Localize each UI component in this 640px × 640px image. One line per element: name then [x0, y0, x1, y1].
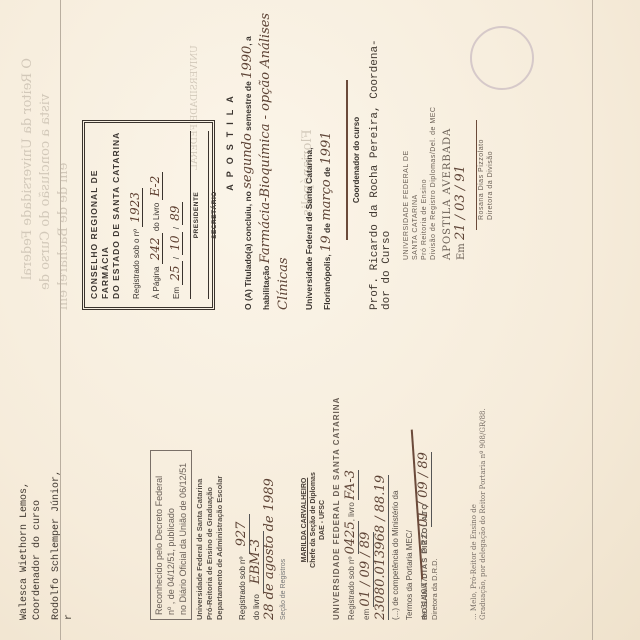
apostila-month-hand: março — [319, 179, 334, 220]
coordenador-signature — [336, 80, 348, 240]
conselho-livro-label: do Livro — [152, 203, 161, 231]
mec-header: UNIVERSIDADE FEDERAL DE SANTA CATARINA — [330, 380, 344, 620]
reitor-line-1: ... Melo, Pró-Reitor de Ensino de — [470, 360, 479, 620]
apostila-habilitacao-hand: Farmácia-Bioquímica - opção Análises Clí… — [258, 13, 291, 310]
apostila-city: Florianópolis, — [322, 254, 332, 310]
apostila-semestre-hand: segundo — [240, 133, 255, 189]
conselho-secretario-label: SECRETÁRIO — [211, 131, 218, 299]
drd-name: ROSANA DIAS PIZZOLATO — [420, 380, 430, 620]
apostila-title: APOSTILA — [225, 10, 235, 270]
mec-livro-value: FA-3 — [343, 470, 359, 500]
apostila-year2-hand: 1991 — [319, 132, 334, 165]
averb-em-label: Em — [456, 243, 467, 260]
ghost-text-2: vista a conclusão do Curso de — [38, 94, 53, 290]
coordenador-label: Coordenador do curso — [348, 10, 365, 310]
apostila-year-hand: 1990 — [240, 46, 255, 79]
secao-label: Seção de Registros — [277, 420, 290, 620]
ufsc-registration-header: Universidade Federal de Santa Catarina P… — [195, 420, 225, 620]
averb-signature — [468, 120, 477, 230]
document-page: O Reitor da Universidade Federal vista a… — [0, 0, 640, 640]
apostila-text-1: O (A) Titulado(a) concluiu, no — [243, 191, 253, 310]
ufsc-line-3: Departamento de Administração Escolar — [215, 420, 225, 620]
ufsc-line-2: Pró-Reitoria de Ensino de Graduação — [205, 420, 215, 620]
conselho-farmacia-stamp: CONSELHO REGIONAL DE FARMÁCIA DO ESTADO … — [82, 120, 215, 310]
ghost-text-1: O Reitor da Universidade Federal — [20, 58, 35, 280]
conselho-pagina-label: À Página — [152, 267, 161, 299]
decreto-line-2: nº , de 04/12/51, publicado — [165, 455, 177, 615]
coordinator-signatures: Walesca Wiethorn Lemos, Coordenador do c… — [18, 410, 76, 620]
apostila-section: APOSTILA O (A) Titulado(a) concluiu, no … — [225, 10, 393, 310]
rotated-sheet: O Reitor da Universidade Federal vista a… — [0, 0, 640, 640]
coord-role-1: Coordenador do curso — [31, 410, 44, 620]
mec-processo: 23080.013968 / 88.19 — [373, 475, 389, 620]
conselho-em-label: Em — [172, 287, 181, 299]
coordenador-typed-2: dor do Curso — [381, 10, 393, 310]
ufsc-seal-stamp — [470, 26, 534, 90]
averb-title: APOSTILA AVERBADA — [442, 60, 453, 260]
conselho-em-year: 89 — [168, 202, 183, 225]
ufsc-registration-entry: Registrado sob nº 927 do livro EBM-3 28 … — [235, 420, 290, 620]
chefe-role: Chefe da Seção de Diplomas — [309, 420, 318, 620]
apostila-text-2: semestre de — [243, 81, 253, 131]
margin-rule-bottom — [592, 0, 593, 640]
conselho-em-month: 10 — [168, 232, 183, 255]
mec-em-label: em — [362, 609, 371, 620]
decreto-line-1: Reconhecido pelo Decreto Federal — [153, 455, 165, 615]
ufsc-line-1: Universidade Federal de Santa Catarina — [195, 420, 205, 620]
chefe-secao-stamp: MARILDA CARVALHEIRO Chefe da Seção de Di… — [300, 420, 327, 620]
conselho-presidente-label: PRESIDENTE — [193, 131, 200, 299]
apostila-averbada-stamp: UNIVERSIDADE FEDERAL DE SANTA CATARINA P… — [402, 60, 495, 260]
conselho-title-2: DO ESTADO DE SANTA CATARINA — [111, 131, 122, 299]
chefe-name: MARILDA CARVALHEIRO — [300, 420, 309, 620]
reg-label: Registrado sob nº — [238, 557, 247, 620]
apostila-day-hand: 19 — [319, 235, 334, 252]
apostila-de-1: de — [322, 223, 332, 233]
conselho-title-1: CONSELHO REGIONAL DE FARMÁCIA — [89, 131, 111, 299]
conselho-livro-value: E-2 — [148, 172, 163, 201]
reg-date-handwritten: 28 de agosto de 1989 — [262, 478, 277, 620]
livro-label: do livro — [252, 594, 261, 620]
apostila-de-2: de — [322, 167, 332, 177]
apostila-univ: Universidade Federal de Santa Catarina, — [304, 147, 314, 310]
reitor-delegation-note: ... Melo, Pró-Reitor de Ensino de Gradua… — [470, 360, 488, 620]
mec-reg-label: Registrado sob nº — [347, 557, 356, 620]
ghost-text-3: em de de Bacharel em — [56, 163, 71, 310]
mec-em-date: 01 / 09 / 89 — [358, 532, 374, 607]
chefe-dept: DAE - UFSC — [318, 420, 327, 620]
decreto-stamp: Reconhecido pelo Decreto Federal nº , de… — [150, 450, 192, 620]
conselho-reg-label: Registrado sob o nº — [132, 229, 141, 299]
averb-u4: Divisão de Registro Diplomas/Del. de MEC — [429, 60, 438, 260]
averb-u3: Pró Reitoria de Ensino — [420, 60, 429, 260]
averb-u1: UNIVERSIDADE FEDERAL DE — [402, 60, 411, 260]
drd-role: Diretora da D.R.D. — [430, 380, 440, 620]
mec-livro-label: livro — [347, 502, 356, 517]
conselho-em-day: 25 — [168, 261, 183, 284]
conselho-pagina-num: 242 — [148, 233, 163, 264]
coordenador-typed-1: Prof. Ricardo da Rocha Pereira, Coordena… — [369, 10, 381, 310]
averb-em-date: 21 / 03 / 91 — [453, 165, 468, 240]
conselho-reg-number: 1923 — [128, 188, 143, 227]
coord-role-2: r — [63, 410, 76, 620]
mec-reg-number: 0425 — [343, 521, 359, 554]
coord-name-2: Rodolfo Schlemper Júnior, — [50, 410, 63, 620]
averb-u2: SANTA CATARINA — [411, 60, 420, 260]
drd-stamp: ROSANA DIAS PIZZOLATO Diretora da D.R.D. — [420, 380, 440, 620]
reitor-line-2: Graduação, por delegação do Reitor Porta… — [479, 360, 488, 620]
coord-name-1: Walesca Wiethorn Lemos, — [18, 410, 31, 620]
decreto-line-3: no Diário Oficial da União de 06/12/51 — [177, 455, 189, 615]
